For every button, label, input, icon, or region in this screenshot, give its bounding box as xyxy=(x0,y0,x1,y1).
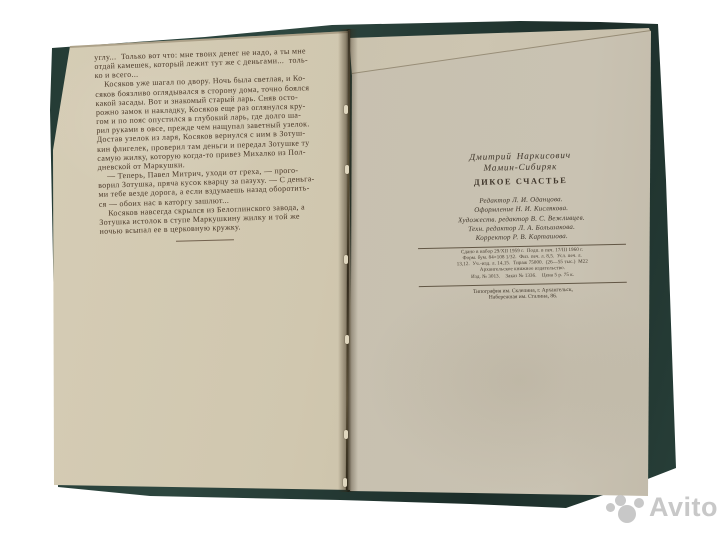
binding-stitch xyxy=(345,335,349,344)
imprint-block: Сдано в набор 29/XII 1959 г. Подп. в печ… xyxy=(398,247,647,283)
binding-stitch xyxy=(344,430,348,439)
staff-credits: Редактор Л. И. Оданцова. Оформление Н. И… xyxy=(397,194,646,245)
colophon: Дмитрий Наркисович Мамин-Сибиряк ДИКОЕ С… xyxy=(396,148,647,303)
book-title: ДИКОЕ СЧАСТЬЕ xyxy=(397,175,645,189)
binding-stitch xyxy=(344,255,348,264)
left-page-text: углу... Только вот что: мне твоих денег … xyxy=(94,45,360,243)
book-photo: углу... Только вот что: мне твоих денег … xyxy=(0,0,720,540)
binding-stitch xyxy=(343,478,347,487)
avito-watermark-text: Avito xyxy=(649,492,718,523)
